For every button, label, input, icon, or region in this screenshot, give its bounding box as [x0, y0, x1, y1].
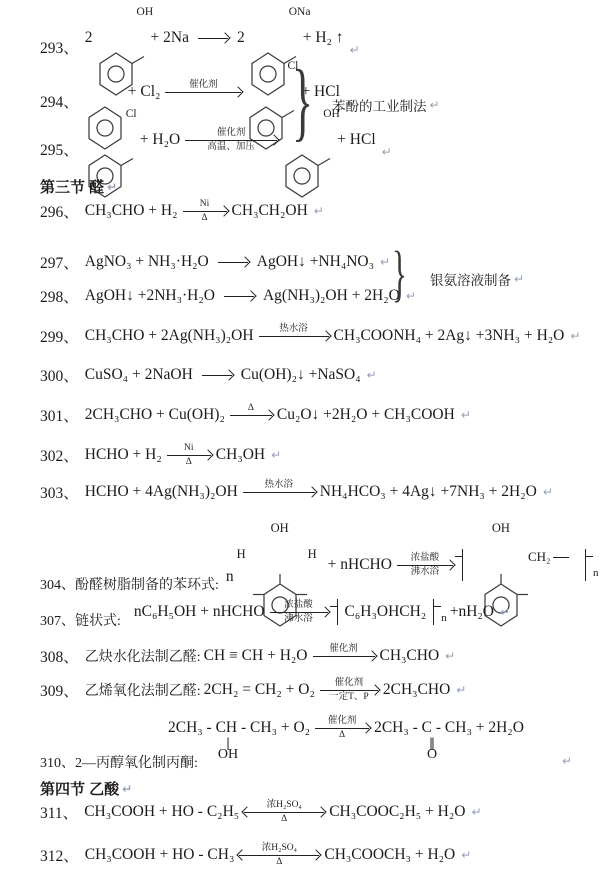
condition-above: 催化剂 — [329, 642, 358, 654]
equation-295: 295、 Cl + H₂O 催化剂 高温、加压 OH + HCl ↵ — [40, 116, 392, 164]
reaction-arrow: 热水浴 — [259, 322, 329, 350]
benzene-ring-repeat-unit: OH CH₂ — [470, 534, 532, 596]
section-heading-aldehyde: 第三节 醛 ↵ — [40, 176, 117, 197]
equation-310: 2CH₃ - CH - CH₃ + O₂ 催化剂 Δ 2CH₃ - C - CH… — [40, 712, 600, 772]
formula-text: CH₃COOH + HO - CH₃ — [85, 846, 235, 864]
equation-311: 311、 CH₃COOH + HO - C₂H₅ 浓H₂SO₄ Δ CH₃COO… — [40, 798, 482, 826]
reversible-reaction-arrow: 浓H₂SO₄ Δ — [239, 841, 319, 869]
return-mark: ↵ — [367, 368, 377, 382]
formula-text: CuSO₄ + 2NaOH — [85, 366, 193, 384]
equation-number: 312、 — [40, 844, 79, 866]
formula-text: CH₂ — [528, 549, 551, 565]
equation-299: 299、 CH₃CHO + 2Ag(NH₃)₂OH 热水浴 CH₃COONH₄ … — [40, 322, 580, 350]
document-page: 293、 2 OH + 2Na 2 ONa + H₂ ↑ ↵ 294、 — [0, 0, 600, 869]
formula-text: HCHO + H₂ — [85, 446, 162, 464]
arrow-shaft — [183, 211, 227, 212]
chain-link: CH₂ — [528, 549, 569, 565]
equation-number: 293、 — [40, 36, 79, 62]
equation-label-row: 310、2—丙醇氧化制丙酮: — [40, 752, 198, 772]
formula-text: CH₃COOCH₃ + H₂O — [324, 846, 455, 864]
formula-text: nC₆H₅OH + nHCHO — [134, 603, 265, 621]
formula-text: CH₃COONH₄ + 2Ag↓ +3NH₃ + H₂O — [334, 327, 565, 345]
equation-303: 303、 HCHO + 4Ag(NH₃)₂OH 热水浴 NH₄HCO₃ + 4A… — [40, 478, 553, 506]
formula-text: + H₂O — [140, 131, 180, 149]
substituent-label: H — [237, 547, 246, 562]
equation-number: 302、 — [40, 444, 79, 466]
hydroxyl-substack: | OH — [216, 739, 240, 763]
substituent-label: Cl — [126, 108, 137, 120]
coefficient: 2 — [85, 29, 93, 47]
condition-below: Δ — [276, 857, 282, 869]
condition-above: 热水浴 — [265, 478, 294, 490]
equation-number: 297、 — [40, 251, 79, 273]
substituent-label: O — [427, 748, 437, 763]
return-mark: ↵ — [122, 782, 132, 796]
return-mark: ↵ — [500, 605, 510, 619]
formula-text: 2CH₃ - C - CH₃ + 2H₂O — [374, 719, 524, 737]
equation-302: 302、 HCHO + H₂ Ni Δ CH₃OH ↵ — [40, 441, 281, 469]
equation-number: 308、 — [40, 645, 79, 667]
return-mark: ↵ — [350, 43, 360, 62]
return-mark: ↵ — [514, 272, 524, 286]
formula-text: + nHCHO — [328, 556, 392, 574]
reaction-arrow: 热水浴 — [243, 478, 315, 506]
formula-text: Ag(NH₃)₂OH + 2H₂O — [263, 287, 400, 305]
reversible-reaction-arrow: 浓H₂SO₄ Δ — [244, 798, 324, 826]
formula-row: 2CH₃ - CH - CH₃ + O₂ 催化剂 Δ 2CH₃ - C - CH… — [168, 714, 524, 742]
condition-above: 浓H₂SO₄ — [262, 841, 297, 853]
formula-text: CH₃COOH + HO - C₂H₅ — [84, 803, 239, 821]
equation-309: 309、 乙烯氧化法制乙醛: 2CH₂ = CH₂ + O₂ 催化剂 一定T、P… — [40, 676, 466, 704]
equation-300: 300、 CuSO₄ + 2NaOH Cu(OH)₂↓ +NaSO₄ ↵ — [40, 364, 377, 386]
formula-text: NH₄HCO₃ + 4Ag↓ +7NH₃ + 2H₂O — [320, 483, 537, 501]
condition-below: Δ — [339, 730, 345, 742]
equation-307: 307、链状式: nC₆H₅OH + nHCHO 浓盐酸 沸水浴 C₆H₃OHC… — [40, 594, 510, 630]
condition-above: 浓盐酸 — [284, 598, 313, 610]
condition-below: 一定T、P — [329, 692, 369, 704]
equation-number: 300、 — [40, 364, 79, 386]
arrow-shaft — [230, 415, 272, 416]
return-mark: ↵ — [543, 485, 553, 499]
formula-text: + 2Na — [151, 29, 189, 47]
arrow-shaft — [259, 336, 329, 337]
return-mark: ↵ — [406, 289, 416, 303]
right-arrow-icon — [198, 38, 228, 39]
substituent-label: OH — [218, 748, 238, 763]
polymer-bracket-left — [458, 549, 467, 581]
condition-above: 催化剂 — [189, 78, 218, 90]
formula-text: 2CH₃ - CH - CH₃ + O₂ — [168, 719, 310, 737]
arrow-shaft — [244, 812, 324, 813]
arrow-shaft — [185, 140, 277, 141]
condition-above: 催化剂 — [335, 676, 364, 688]
condition-above: Ni — [184, 441, 194, 453]
annotation-text: 银氨溶液制备 — [430, 269, 511, 289]
substituent-label: OH — [492, 521, 510, 536]
heading-text: 第四节 乙酸 — [40, 778, 119, 799]
return-mark: ↵ — [461, 848, 471, 862]
reaction-arrow: 催化剂 高温、加压 — [185, 126, 277, 154]
polymer-bracket-right — [429, 599, 438, 625]
formula-text: 2CH₂ = CH₂ + O₂ — [204, 681, 315, 699]
reaction-arrow: 催化剂 — [165, 78, 241, 106]
equation-number: 303、 — [40, 481, 79, 503]
return-mark: ↵ — [382, 145, 392, 164]
arrow-shaft — [313, 656, 375, 657]
arrow-shaft — [243, 492, 315, 493]
equation-number: 301、 — [40, 404, 79, 426]
curly-brace: } — [292, 62, 313, 143]
condition-above: 浓H₂SO₄ — [267, 798, 302, 810]
return-mark: ↵ — [471, 805, 481, 819]
right-arrow-icon — [218, 262, 248, 263]
condition-above: Ni — [200, 197, 210, 209]
benzene-ring — [85, 68, 125, 116]
formula-text: CH₃CHO + H₂ — [85, 202, 178, 220]
repeat-subscript: n — [593, 567, 599, 579]
formula-text: Cu₂O↓ +2H₂O + CH₃COOH — [277, 406, 455, 424]
condition-below: Δ — [281, 814, 287, 826]
equation-296: 296、 CH₃CHO + H₂ Ni Δ CH₃CH₂OH ↵ — [40, 197, 324, 225]
equation-label: 307、链状式: — [40, 610, 121, 630]
condition-above: Δ — [248, 401, 254, 413]
coefficient-n: n — [226, 568, 234, 586]
substituent-label: H — [308, 547, 317, 562]
return-mark: ↵ — [430, 98, 440, 112]
condition-above: 热水浴 — [279, 322, 308, 334]
curly-brace: } — [392, 246, 407, 303]
condition-below: 沸水浴 — [411, 567, 440, 579]
polymer-bracket-right — [581, 549, 590, 581]
condition-above: 浓盐酸 — [411, 551, 440, 563]
equation-number: 298、 — [40, 285, 79, 307]
repeat-subscript: n — [441, 612, 447, 624]
formula-text: CH₃CHO — [380, 647, 440, 665]
right-arrow-icon — [202, 375, 232, 376]
equation-number: 294、 — [40, 90, 79, 116]
formula-text: + Cl₂ — [128, 83, 161, 101]
return-mark: ↵ — [445, 649, 455, 663]
condition-below: Δ — [201, 213, 207, 225]
benzene-hexagon-icon — [282, 152, 334, 200]
benzene-ring: OH — [96, 14, 148, 62]
condition-below: Δ — [186, 457, 192, 469]
condition-below: 沸水浴 — [284, 614, 313, 626]
reaction-arrow: 浓盐酸 沸水浴 — [270, 598, 328, 626]
carbonyl-substack: ‖ O — [420, 739, 444, 763]
right-arrow-icon — [224, 296, 254, 297]
condition-below: 高温、加压 — [207, 142, 255, 154]
return-mark: ↵ — [456, 683, 466, 697]
substituent-label: OH — [137, 6, 154, 18]
formula-text: C₆H₃OHCH₂ — [345, 603, 427, 621]
annotation-phenol-industrial: 苯酚的工业制法 ↵ — [332, 95, 440, 115]
method-label: 乙炔水化法制乙醛: — [85, 646, 201, 666]
annotation-text: 苯酚的工业制法 — [332, 95, 427, 115]
substituent-label: ONa — [289, 6, 311, 18]
benzene-ring-phenol: OH H H — [249, 534, 311, 596]
reaction-arrow: 浓盐酸 沸水浴 — [397, 551, 453, 579]
benzene-ring: Cl — [246, 68, 298, 116]
reaction-arrow: Ni Δ — [183, 197, 227, 225]
return-mark: ↵ — [380, 255, 390, 269]
formula-text: AgNO₃ + NH₃·H₂O — [85, 253, 209, 271]
benzene-ring: Cl — [85, 116, 137, 164]
formula-text: 2CH₃CHO — [383, 681, 450, 699]
equation-298: 298、 AgOH↓ +2NH₃·H₂O Ag(NH₃)₂OH + 2H₂O ↵ — [40, 285, 416, 307]
reaction-arrow: 催化剂 Δ — [315, 714, 369, 742]
formula-text: + H₂ ↑ — [303, 29, 344, 47]
polymer-bracket-left — [333, 599, 342, 625]
formula-text: + HCl — [337, 131, 375, 149]
arrow-shaft — [165, 92, 241, 93]
equation-number: 299、 — [40, 325, 79, 347]
reaction-arrow: Δ — [230, 401, 272, 429]
return-mark: ↵ — [314, 204, 324, 218]
formula-text: +nH₂O — [450, 603, 494, 621]
formula-text: CH₃CHO + 2Ag(NH₃)₂OH — [85, 327, 254, 345]
arrow-shaft — [315, 728, 369, 729]
equation-number: 295、 — [40, 138, 79, 164]
arrow-shaft — [320, 690, 378, 691]
return-mark: ↵ — [562, 754, 572, 768]
annotation-silver-ammonia: 银氨溶液制备 ↵ — [430, 269, 524, 289]
arrow-shaft — [167, 455, 211, 456]
substituent-label: OH — [271, 521, 289, 536]
condition-above: 催化剂 — [217, 126, 246, 138]
return-mark: ↵ — [271, 448, 281, 462]
equation-label: 310、2—丙醇氧化制丙酮: — [40, 752, 198, 772]
condition-above: 催化剂 — [328, 714, 357, 726]
reaction-arrow: 催化剂 — [313, 642, 375, 670]
method-label: 乙烯氧化法制乙醛: — [85, 680, 201, 700]
bond-line — [553, 557, 569, 558]
formula-text: CH₃OH — [216, 446, 265, 464]
heading-text: 第三节 醛 — [40, 176, 104, 197]
formula-text: CH₃COOC₂H₅ + H₂O — [329, 803, 465, 821]
arrow-shaft — [270, 612, 328, 613]
return-mark: ↵ — [570, 329, 580, 343]
arrow-shaft — [397, 565, 453, 566]
coefficient: 2 — [237, 29, 245, 47]
equation-number: 309、 — [40, 679, 79, 701]
formula-text: AgOH↓ +NH₄NO₃ — [257, 253, 374, 271]
formula-text: Cu(OH)₂↓ +NaSO₄ — [241, 366, 361, 384]
equation-308: 308、 乙炔水化法制乙醛: CH ≡ CH + H₂O 催化剂 CH₃CHO … — [40, 642, 455, 670]
formula-text: CH₃CH₂OH — [232, 202, 308, 220]
return-mark: ↵ — [107, 180, 117, 194]
equation-297: 297、 AgNO₃ + NH₃·H₂O AgOH↓ +NH₄NO₃ ↵ — [40, 251, 390, 273]
formula-text: HCHO + 4Ag(NH₃)₂OH — [85, 483, 238, 501]
formula-text: CH ≡ CH + H₂O — [204, 647, 308, 665]
formula-text: 2CH₃CHO + Cu(OH)₂ — [85, 406, 225, 424]
equation-number: 296、 — [40, 200, 79, 222]
return-mark: ↵ — [461, 408, 471, 422]
equation-301: 301、 2CH₃CHO + Cu(OH)₂ Δ Cu₂O↓ +2H₂O + C… — [40, 401, 471, 429]
arrow-shaft — [239, 855, 319, 856]
reaction-arrow: Ni Δ — [167, 441, 211, 469]
reaction-arrow: 催化剂 一定T、P — [320, 676, 378, 704]
formula-text: AgOH↓ +2NH₃·H₂O — [85, 287, 215, 305]
equation-312: 312、 CH₃COOH + HO - CH₃ 浓H₂SO₄ Δ CH₃COOC… — [40, 841, 471, 869]
section-heading-acetic-acid: 第四节 乙酸 ↵ — [40, 778, 132, 799]
equation-number: 311、 — [40, 801, 78, 823]
